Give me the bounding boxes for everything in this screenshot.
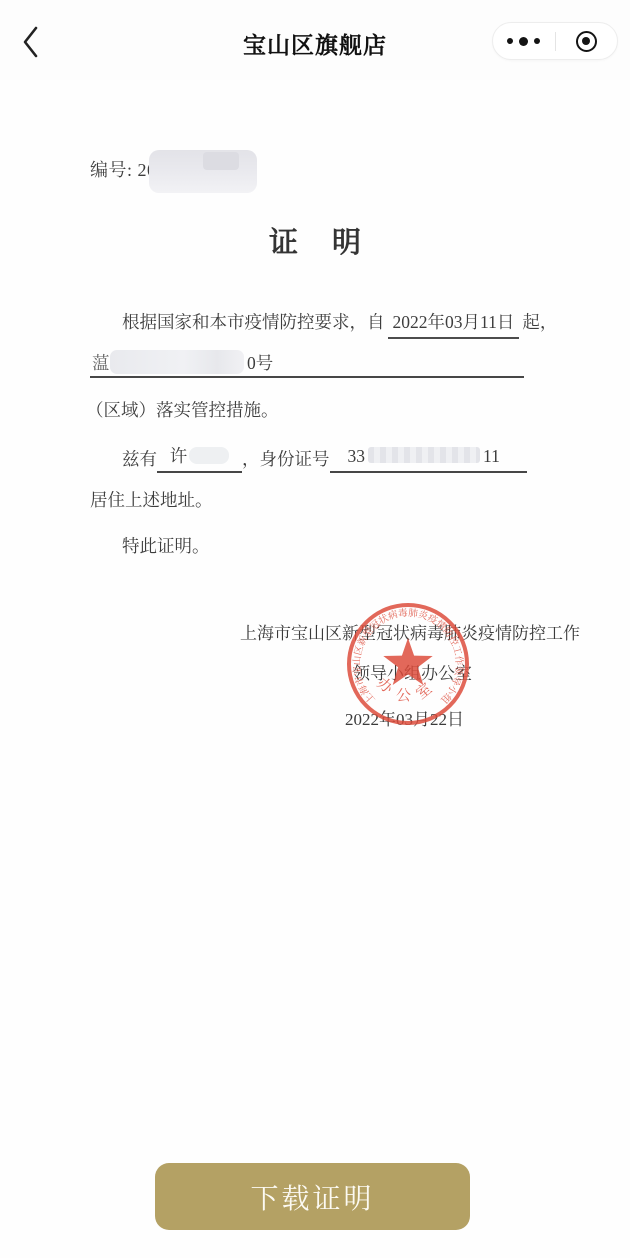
- paragraph-person-pre: 兹有: [122, 449, 157, 469]
- more-options-button[interactable]: [493, 23, 555, 59]
- target-icon: [576, 31, 597, 52]
- id-number-underlined: 3311: [330, 442, 527, 473]
- id-start-digits: 33: [348, 446, 366, 466]
- paragraph-residence: 居住上述地址。: [90, 486, 213, 514]
- name-underlined: 许: [157, 442, 242, 473]
- signature-date: 2022年03月22日: [345, 706, 464, 734]
- certificate-number: 编号: 20: [90, 156, 157, 182]
- wechat-capsule: [492, 22, 618, 60]
- paragraph-requirement: 根据国家和本市疫情防控要求，自2022年03月11日起，: [122, 308, 557, 339]
- mini-program-screen: 宝山区旗舰店 编号: 20 证明 根据国家和本市疫情防控要求，自2022年03月…: [0, 0, 630, 1258]
- name-visible-char: 许: [170, 446, 188, 466]
- download-certificate-button[interactable]: 下载证明: [155, 1163, 470, 1230]
- paragraph-area-measures: （区域）落实管控措施。: [86, 396, 279, 424]
- address-start-char: 蕰: [92, 350, 110, 375]
- paragraph-person-mid: ，身份证号: [242, 449, 330, 469]
- paragraph-person: 兹有许，身份证号3311: [122, 442, 527, 473]
- signature-org-line1: 上海市宝山区新型冠状病毒肺炎疫情防控工作: [240, 620, 580, 648]
- redaction-blur-number: [149, 150, 257, 193]
- header-bar: 宝山区旗舰店: [0, 0, 630, 80]
- redaction-blur-id: [368, 447, 480, 463]
- redaction-blur-address: [110, 350, 244, 374]
- effective-date-underlined: 2022年03月11日: [388, 308, 520, 339]
- ellipsis-icon: [507, 37, 540, 46]
- redaction-blur-name: [189, 447, 229, 464]
- redaction-artifact: [203, 152, 239, 170]
- address-end-text: 0号: [247, 350, 273, 375]
- address-line: 蕰 0号: [90, 348, 524, 378]
- close-minimize-button[interactable]: [556, 23, 618, 59]
- certificate-title: 证明: [0, 220, 630, 261]
- paragraph-requirement-pre: 根据国家和本市疫情防控要求，自: [122, 312, 385, 332]
- id-end-digits: 11: [483, 446, 500, 466]
- signature-org-line2: 领导小组办公室: [353, 660, 472, 688]
- paragraph-requirement-post: 起，: [522, 312, 557, 332]
- certificate-document: 编号: 20 证明 根据国家和本市疫情防控要求，自2022年03月11日起， 蕰…: [0, 80, 630, 1258]
- paragraph-hereby: 特此证明。: [122, 532, 210, 560]
